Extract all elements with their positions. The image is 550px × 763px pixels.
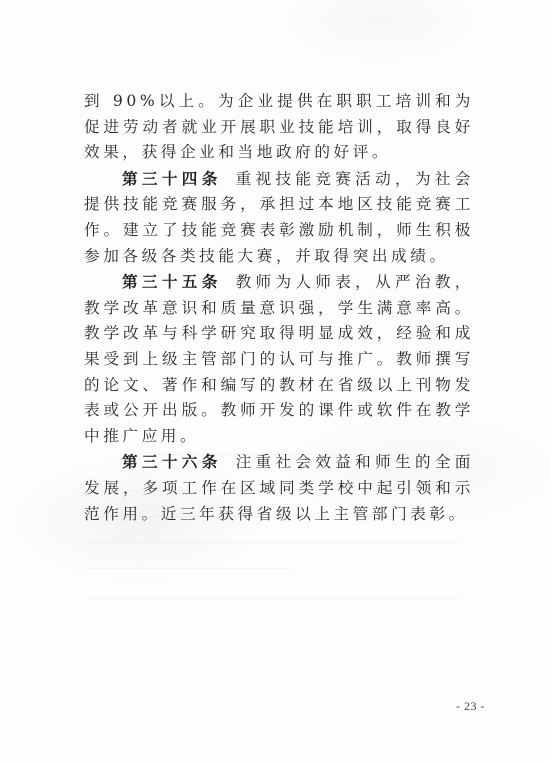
paragraph-text: 到 90%以上。为企业提供在职职工培训和为促进劳动者就业开展职业技能培训，取得良… xyxy=(84,92,474,161)
document-body: 到 90%以上。为企业提供在职职工培训和为促进劳动者就业开展职业技能培训，取得良… xyxy=(84,89,474,527)
page-number: - 23 - xyxy=(456,699,485,714)
paragraph-text: 教师为人师表，从严治教，教学改革意识和质量意识强，学生满意率高。教学改革与科学研… xyxy=(84,273,474,445)
article-heading: 第三十四条 xyxy=(122,169,222,188)
show-through-line xyxy=(90,568,290,569)
paragraph-continuation: 到 90%以上。为企业提供在职职工培训和为促进劳动者就业开展职业技能培训，取得良… xyxy=(84,89,474,166)
paragraph-article-36: 第三十六条注重社会效益和师生的全面发展，多项工作在区域同类学校中起引领和示范作用… xyxy=(84,449,474,527)
article-heading: 第三十六条 xyxy=(122,452,222,471)
scanned-page: 到 90%以上。为企业提供在职职工培训和为促进劳动者就业开展职业技能培训，取得良… xyxy=(0,0,550,763)
show-through-line xyxy=(90,598,460,599)
paragraph-article-35: 第三十五条教师为人师表，从严治教，教学改革意识和质量意识强，学生满意率高。教学改… xyxy=(84,269,474,449)
paragraph-article-34: 第三十四条重视技能竞赛活动，为社会提供技能竞赛服务，承担过本地区技能竞赛工作。建… xyxy=(84,166,474,269)
article-heading: 第三十五条 xyxy=(122,272,222,291)
show-through-line xyxy=(90,542,460,543)
